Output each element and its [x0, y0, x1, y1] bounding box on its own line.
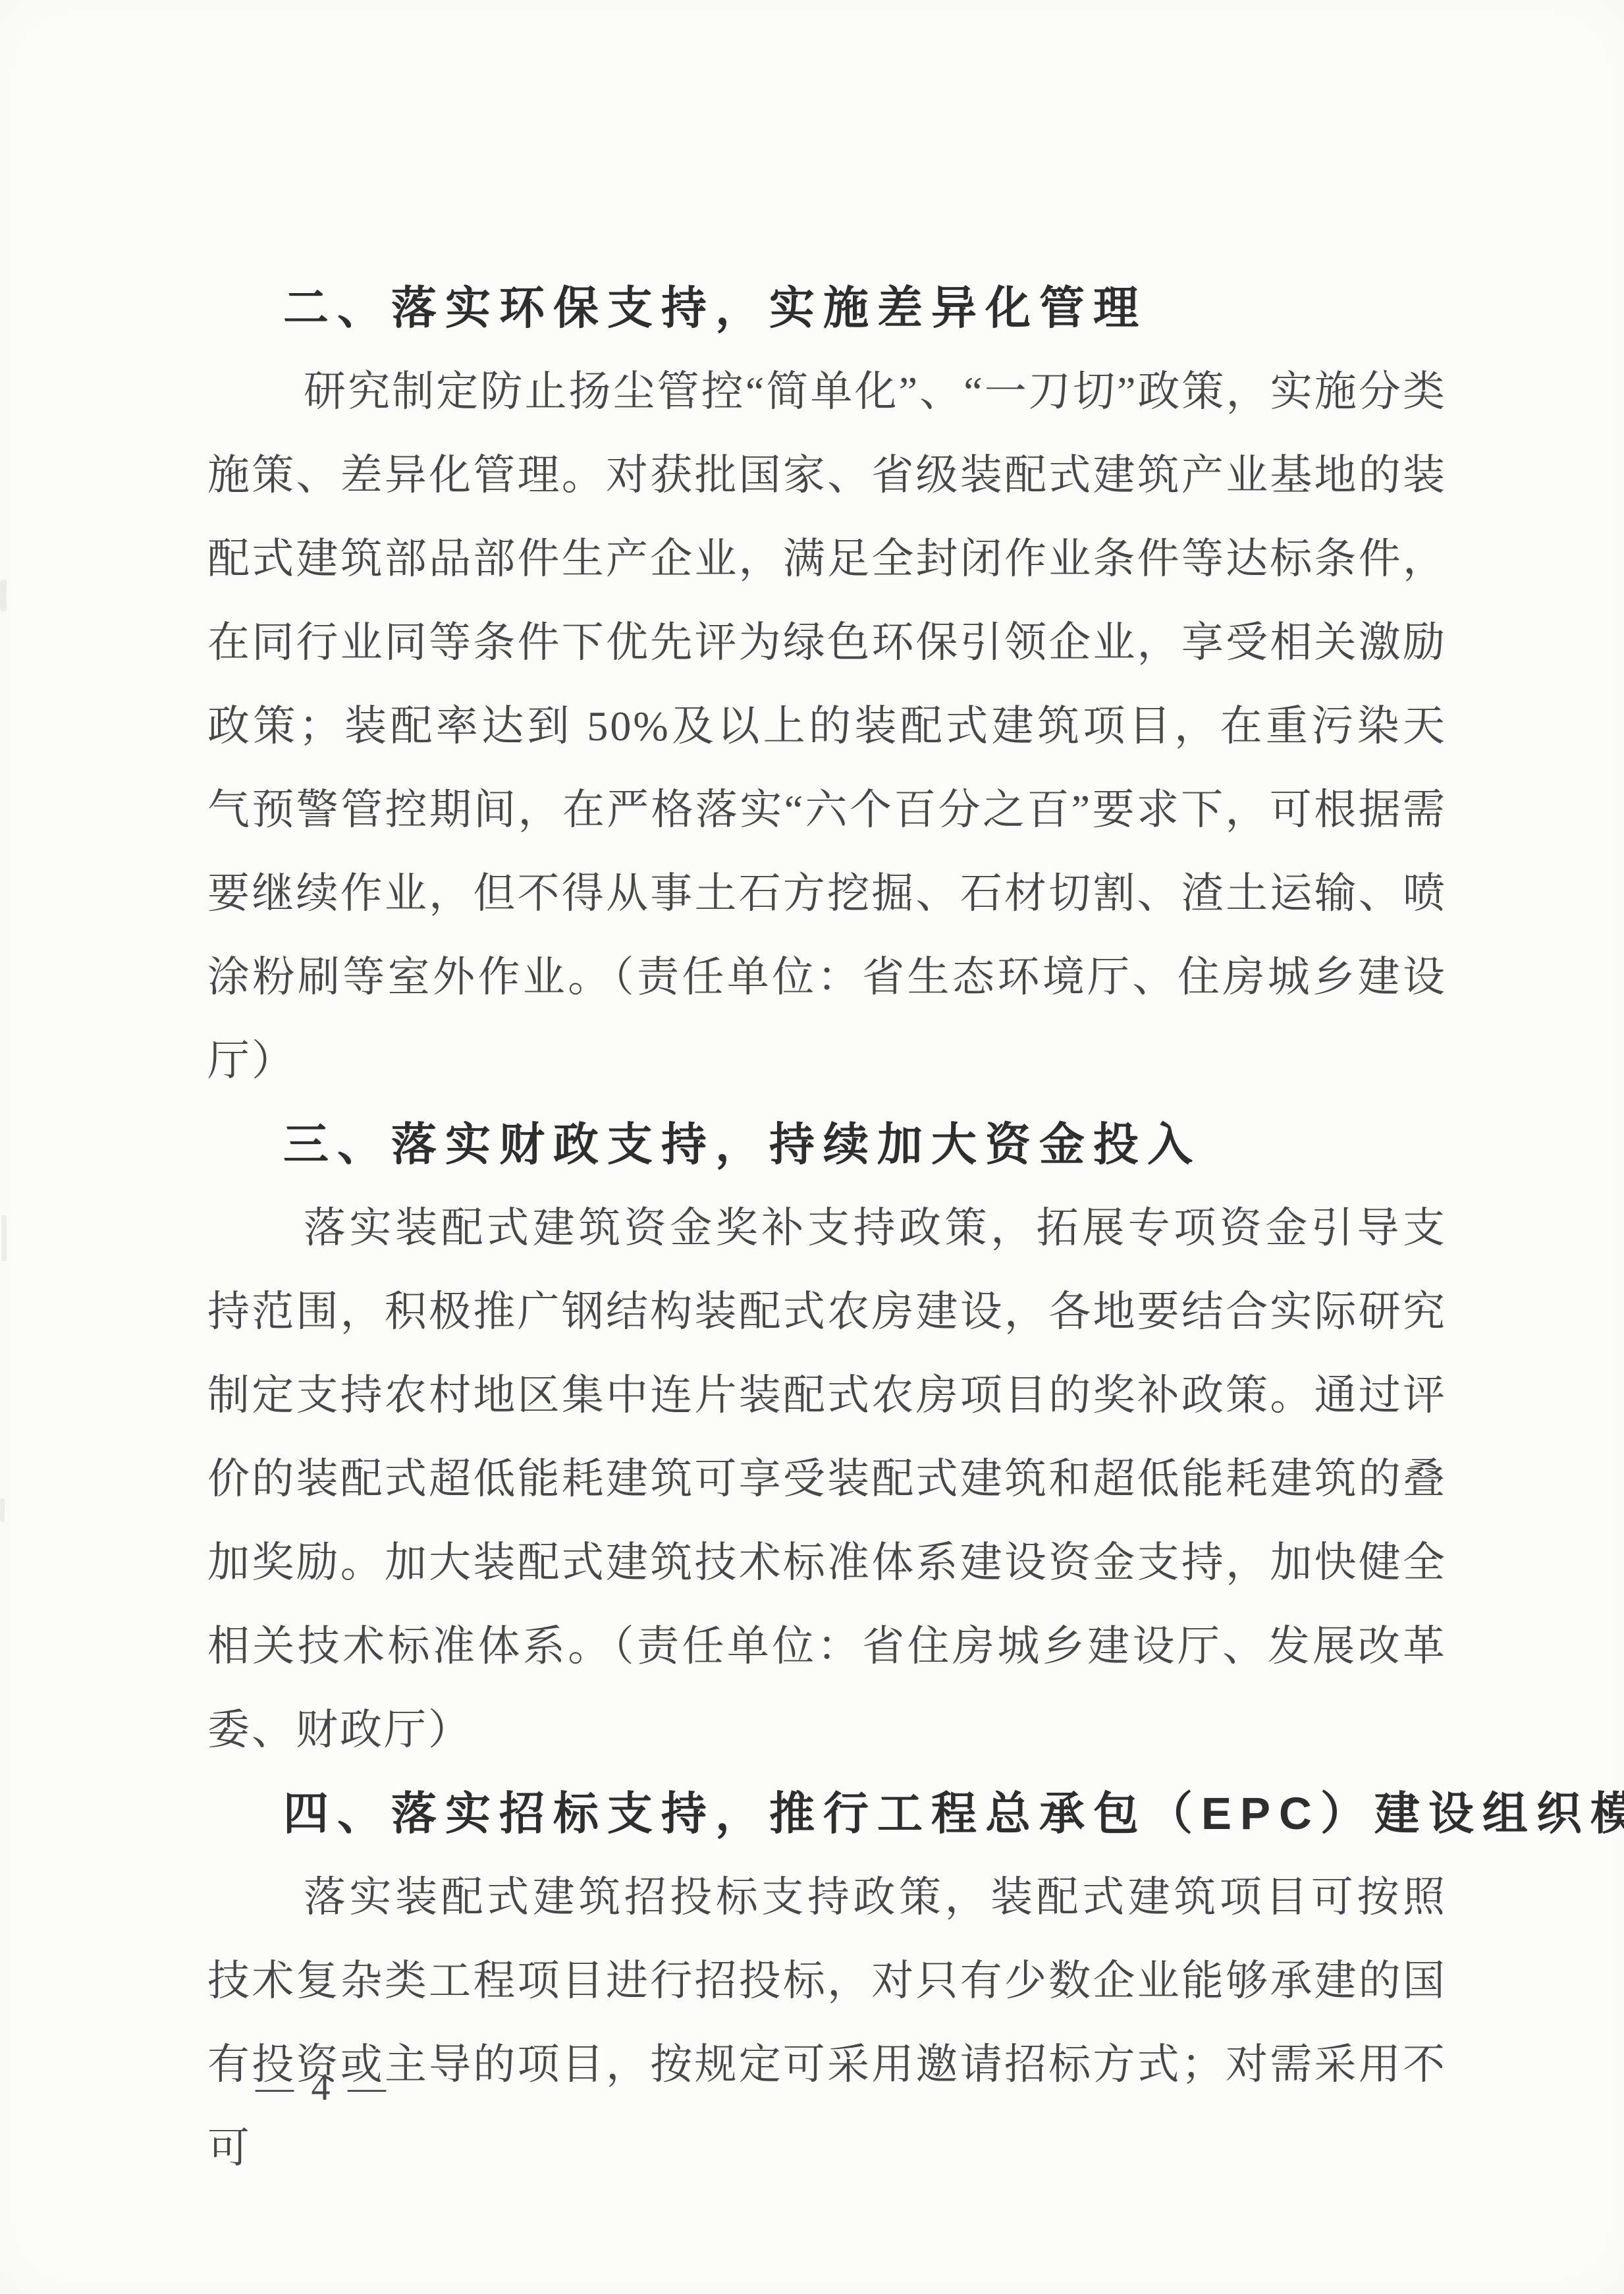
section-heading-4: 四、落实招标支持，推行工程总承包（EPC）建设组织模式	[207, 1772, 1447, 1855]
scan-artifact	[0, 580, 7, 611]
document-content: 二、落实环保支持，实施差异化管理 研究制定防止扬尘管控“简单化”、“一刀切”政策…	[207, 266, 1447, 2190]
section-bidding-support: 四、落实招标支持，推行工程总承包（EPC）建设组织模式 落实装配式建筑招投标支持…	[207, 1772, 1447, 2190]
scan-artifact	[0, 1498, 5, 1522]
section-body-4: 落实装配式建筑招投标支持政策，装配式建筑项目可按照技术复杂类工程项目进行招投标，…	[207, 1855, 1447, 2190]
section-fiscal-support: 三、落实财政支持，持续加大资金投入 落实装配式建筑资金奖补支持政策，拓展专项资金…	[207, 1103, 1447, 1772]
section-body-3: 落实装配式建筑资金奖补支持政策，拓展专项资金引导支持范围，积极推广钢结构装配式农…	[207, 1186, 1447, 1772]
page-number: — 4 —	[256, 2058, 390, 2117]
section-heading-3: 三、落实财政支持，持续加大资金投入	[207, 1103, 1447, 1186]
section-heading-2: 二、落实环保支持，实施差异化管理	[207, 266, 1447, 350]
section-body-2: 研究制定防止扬尘管控“简单化”、“一刀切”政策，实施分类施策、差异化管理。对获批…	[207, 350, 1447, 1103]
scan-artifact	[1, 1215, 7, 1261]
document-page: 二、落实环保支持，实施差异化管理 研究制定防止扬尘管控“简单化”、“一刀切”政策…	[0, 0, 1624, 2294]
section-environmental-support: 二、落实环保支持，实施差异化管理 研究制定防止扬尘管控“简单化”、“一刀切”政策…	[207, 266, 1447, 1103]
